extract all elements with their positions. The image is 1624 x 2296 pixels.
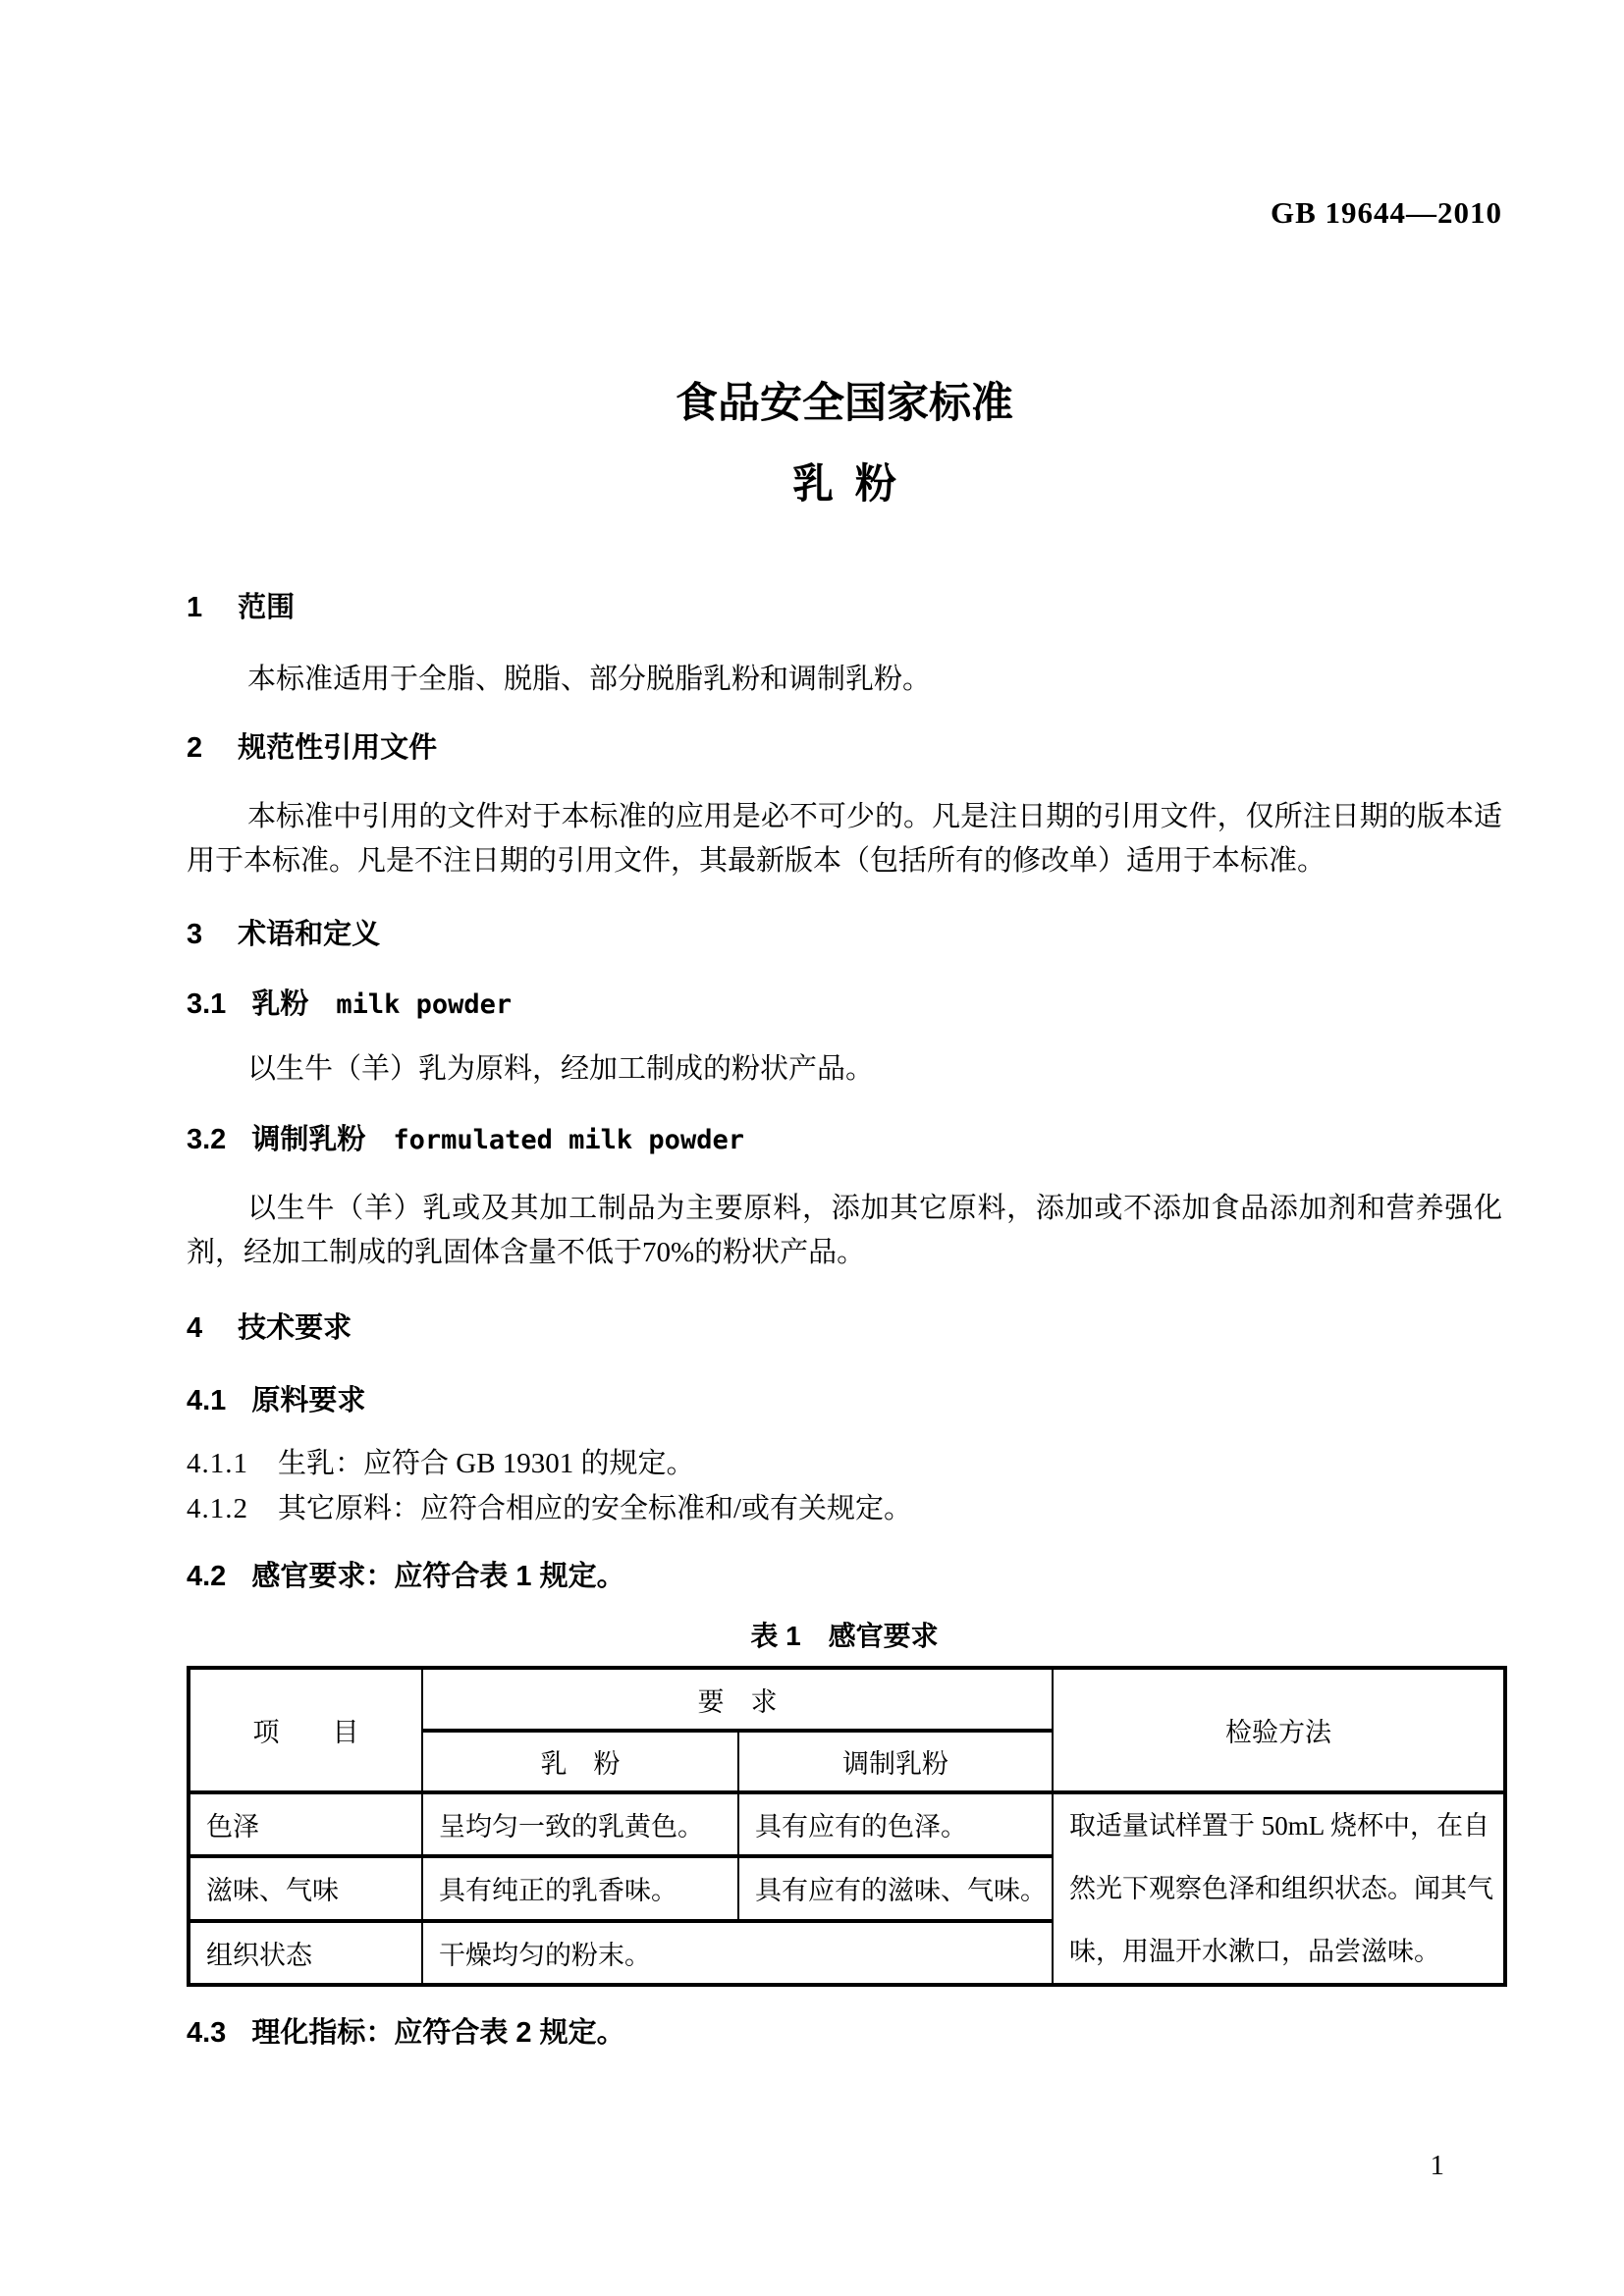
clause-number: 3.2 — [187, 1124, 226, 1155]
clause-4-1-1: 4.1.1生乳：应符合 GB 19301 的规定。 — [187, 1441, 1502, 1486]
clause-number: 3.1 — [187, 988, 226, 1020]
clause-title: 技术要求 — [238, 1312, 352, 1344]
clause-4-1-heading: 4.1原料要求 — [187, 1384, 1502, 1417]
clause-title: 范围 — [238, 592, 295, 623]
clause-1-heading: 1范围 — [187, 591, 1502, 624]
table-row: 色泽 呈均匀一致的乳黄色。 具有应有的色泽。 取适量试样置于 50mL 烧杯中，… — [189, 1792, 1505, 1856]
clause-title: 术语和定义 — [238, 919, 380, 950]
clause-number: 4.1 — [187, 1385, 226, 1416]
clause-number: 4.1.2 — [187, 1493, 248, 1524]
cell-item: 滋味、气味 — [189, 1856, 422, 1920]
page-number: 1 — [1431, 2150, 1445, 2181]
page-content: GB 19644—2010 食品安全国家标准 乳 粉 1范围 本标准适用于全脂、… — [0, 0, 1624, 2050]
clause-number: 4.2 — [187, 1561, 226, 1592]
clause-title: 感官要求：应符合表 1 规定。 — [251, 1561, 624, 1592]
clause-4-2-heading: 4.2感官要求：应符合表 1 规定。 — [187, 1560, 1502, 1593]
clause-number: 3 — [187, 919, 202, 950]
clause-2-heading: 2规范性引用文件 — [187, 731, 1502, 765]
standard-title: 食品安全国家标准 — [187, 381, 1502, 426]
clause-number: 1 — [187, 592, 202, 623]
term-zh: 乳粉 — [251, 988, 308, 1020]
clause-4-1-items: 4.1.1生乳：应符合 GB 19301 的规定。 4.1.2其它原料：应符合相… — [187, 1441, 1502, 1531]
document-page: GB 19644—2010 食品安全国家标准 乳 粉 1范围 本标准适用于全脂、… — [0, 0, 1624, 2296]
clause-3-2-definition: 以生牛（羊）乳或及其加工制品为主要原料，添加其它原料，添加或不添加食品添加剂和营… — [187, 1187, 1502, 1275]
term-zh: 调制乳粉 — [251, 1124, 365, 1155]
col-header-method: 检验方法 — [1053, 1668, 1505, 1792]
clause-3-1-definition: 以生牛（羊）乳为原料，经加工制成的粉状产品。 — [187, 1047, 1502, 1092]
cell-formulated: 具有应有的滋味、气味。 — [738, 1856, 1053, 1920]
cell-item: 色泽 — [189, 1792, 422, 1856]
clause-3-2-heading: 3.2调制乳粉formulated milk powder — [187, 1123, 1502, 1157]
standard-number: GB 19644—2010 — [187, 196, 1502, 230]
col-header-milk-powder: 乳 粉 — [422, 1731, 738, 1792]
term-en: formulated milk powder — [393, 1125, 744, 1155]
sensory-requirements-table: 项 目 要 求 检验方法 乳 粉 调制乳粉 色泽 呈均匀一致的乳黄色。 具有应有… — [187, 1666, 1507, 1987]
clause-text: 生乳：应符合 GB 19301 的规定。 — [278, 1448, 695, 1479]
clause-text: 其它原料：应符合相应的安全标准和/或有关规定。 — [278, 1493, 912, 1524]
col-header-requirement: 要 求 — [422, 1668, 1053, 1731]
table-1-caption: 表 1 感官要求 — [187, 1621, 1502, 1652]
col-header-formulated: 调制乳粉 — [738, 1731, 1053, 1792]
cell-milk-powder: 呈均匀一致的乳黄色。 — [422, 1792, 738, 1856]
cell-merged-requirement: 干燥均匀的粉末。 — [422, 1921, 1053, 1985]
standard-subtitle: 乳 粉 — [187, 461, 1502, 507]
clause-4-1-2: 4.1.2其它原料：应符合相应的安全标准和/或有关规定。 — [187, 1486, 1502, 1531]
clause-4-3-heading: 4.3理化指标：应符合表 2 规定。 — [187, 2016, 1502, 2050]
cell-milk-powder: 具有纯正的乳香味。 — [422, 1856, 738, 1920]
cell-formulated: 具有应有的色泽。 — [738, 1792, 1053, 1856]
clause-title: 规范性引用文件 — [238, 732, 437, 764]
cell-item: 组织状态 — [189, 1921, 422, 1985]
clause-number: 4.3 — [187, 2017, 226, 2049]
clause-number: 2 — [187, 732, 202, 764]
clause-number: 4 — [187, 1312, 202, 1344]
clause-4-heading: 4技术要求 — [187, 1311, 1502, 1345]
clause-2-body: 本标准中引用的文件对于本标准的应用是必不可少的。凡是注日期的引用文件，仅所注日期… — [187, 795, 1502, 883]
clause-title: 理化指标：应符合表 2 规定。 — [251, 2017, 624, 2049]
cell-method: 取适量试样置于 50mL 烧杯中，在自然光下观察色泽和组织状态。闻其气味，用温开… — [1053, 1792, 1505, 1985]
clause-1-body: 本标准适用于全脂、脱脂、部分脱脂乳粉和调制乳粉。 — [187, 658, 1502, 702]
term-en: milk powder — [336, 989, 512, 1020]
clause-number: 4.1.1 — [187, 1448, 248, 1479]
col-header-item: 项 目 — [189, 1668, 422, 1792]
clause-title: 原料要求 — [251, 1385, 365, 1416]
clause-3-heading: 3术语和定义 — [187, 918, 1502, 951]
clause-3-1-heading: 3.1乳粉milk powder — [187, 988, 1502, 1022]
